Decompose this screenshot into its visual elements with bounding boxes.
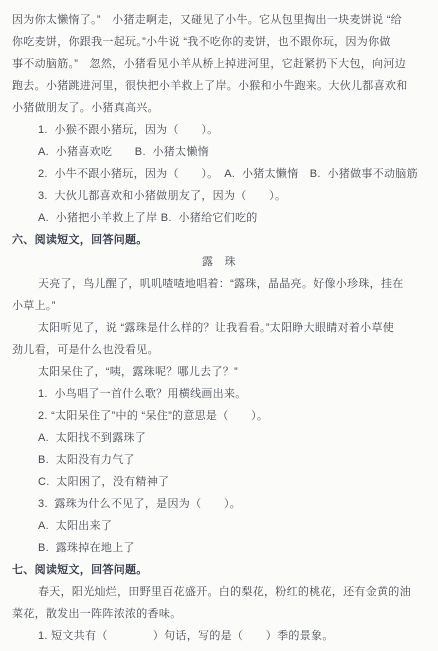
passage-line: 春天，阳光灿烂，田野里百花盛开。白的梨花，粉红的桃花，还有金黄的油	[12, 581, 426, 603]
question-item: 1. 短文共有（ ）句话，写的是（ ）季的景象。	[12, 625, 426, 647]
worksheet-page: 因为你太懒惰了。” 小猪走啊走，又碰见了小牛。它从包里掏出一块麦饼说 “给 你吃…	[0, 0, 438, 651]
passage-line: 菜花，散发出一阵阵浓浓的香味。	[12, 603, 426, 625]
question-item: 2. “太阳呆住了”中的 “呆住”的意思是（ ）。	[12, 405, 426, 427]
option-row: A. 太阳找不到露珠了	[12, 427, 426, 449]
section-heading: 六、阅读短文，回答问题。	[12, 229, 426, 251]
question-item: 2. 小牛不跟小猪玩，因为（ ）。 A. 小猪太懒惰 B. 小猪做事不动脑筋	[12, 163, 426, 185]
passage-line: 小草上。”	[12, 295, 426, 317]
question-item: 1. 小鸟唱了一首什么歌？用横线画出来。	[12, 383, 426, 405]
passage-line: 跑去。小猪跳进河里，很快把小羊救上了岸。小猴和小牛跑来。大伙儿都喜欢和	[12, 75, 426, 97]
option-row: B. 太阳没有力气了	[12, 449, 426, 471]
question-item: 1. 小猴不跟小猪玩，因为（ ）。	[12, 119, 426, 141]
passage-line: 劲儿看，可是什么也没看见。	[12, 339, 426, 361]
passage-line: 天亮了，鸟儿醒了，叽叽喳喳地唱着：“露珠，晶晶亮。好像小珍珠，挂在	[12, 273, 426, 295]
section-heading: 七、阅读短文，回答问题。	[12, 559, 426, 581]
passage-line: 你吃麦饼，你跟我一起玩。”小牛说 “我不吃你的麦饼，也不跟你玩，因为你做	[12, 31, 426, 53]
passage-line: 太阳呆住了，“咦，露珠呢？哪儿去了？”	[12, 361, 426, 383]
passage-line: 太阳听见了，说 “露珠是什么样的？让我看看。”太阳睁大眼睛对着小草使	[12, 317, 426, 339]
passage-line: 事不动脑筋。” 忽然，小猪看见小羊从桥上掉进河里，它赶紧扔下大包，向河边	[12, 53, 426, 75]
passage-line: 小猪做朋友了。小猪真高兴。	[12, 97, 426, 119]
question-item: 3. 大伙儿都喜欢和小猪做朋友了，因为（ ）。	[12, 185, 426, 207]
option-row: C. 太阳困了，没有精神了	[12, 471, 426, 493]
passage-line: 因为你太懒惰了。” 小猪走啊走，又碰见了小牛。它从包里掏出一块麦饼说 “给	[12, 9, 426, 31]
question-item: 3. 露珠为什么不见了，是因为（ ）。	[12, 493, 426, 515]
option-row: A. 小猪把小羊救上了岸 B. 小猪给它们吃的	[12, 207, 426, 229]
passage-title: 露 珠	[12, 251, 426, 273]
option-row: B. 露珠掉在地上了	[12, 537, 426, 559]
option-row: A. 太阳出来了	[12, 515, 426, 537]
option-row: A. 小猪喜欢吃 B. 小猪太懒惰	[12, 141, 426, 163]
